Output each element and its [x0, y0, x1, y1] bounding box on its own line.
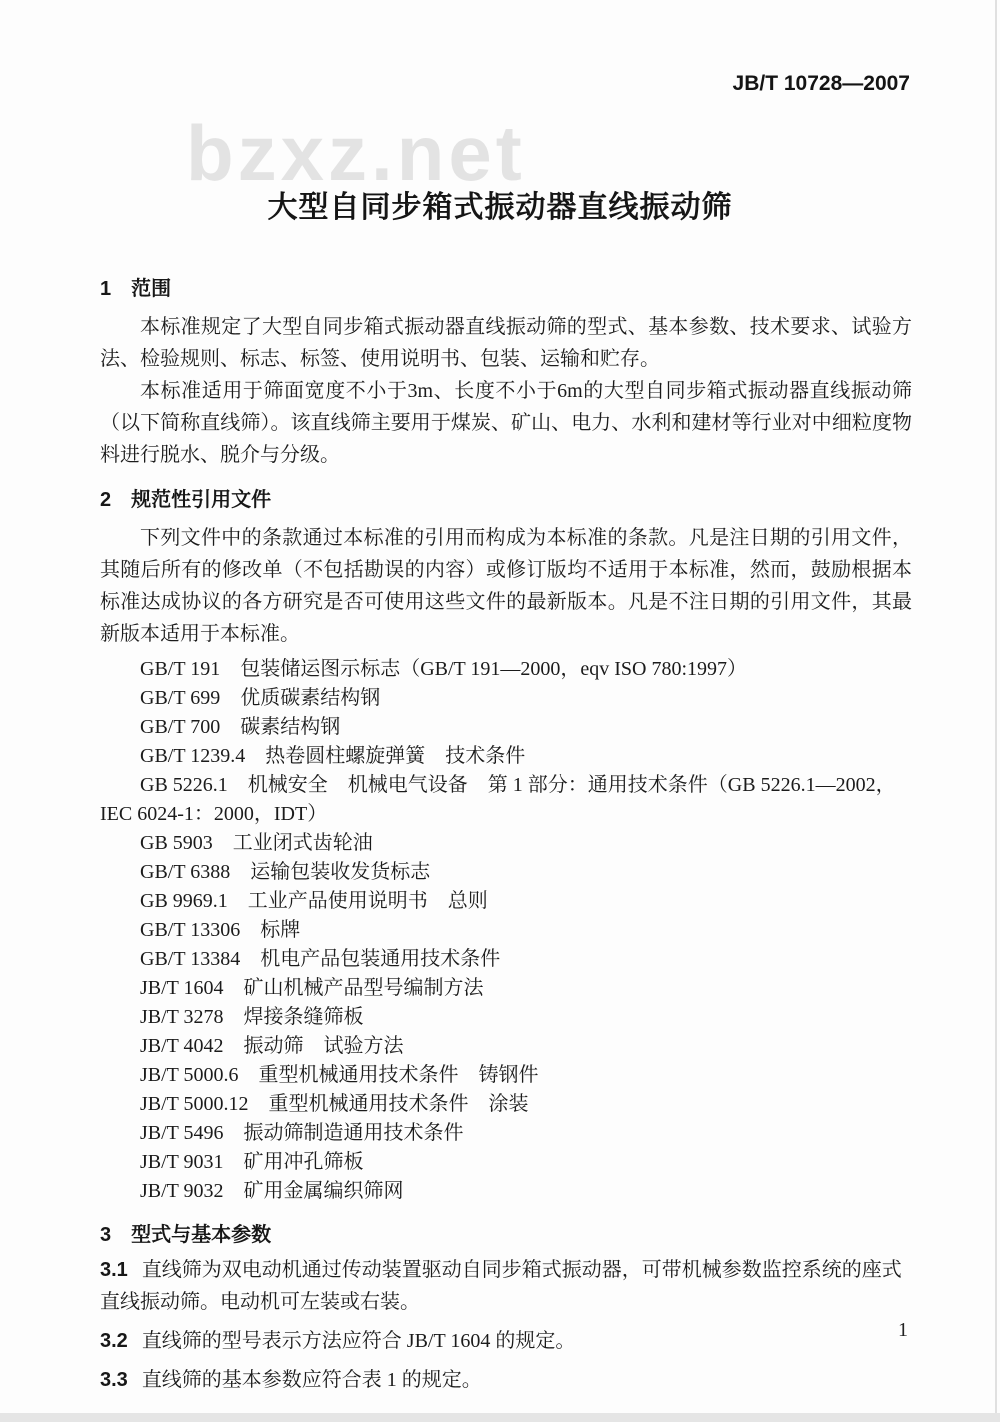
document-title: 大型自同步箱式振动器直线振动筛 [0, 182, 1000, 226]
reference-item: GB 9969.1 工业产品使用说明书 总则 [100, 887, 912, 916]
clause-number: 3.1 [100, 1259, 128, 1281]
reference-item: JB/T 9032 矿用金属编织筛网 [100, 1177, 912, 1206]
clause-3-2: 3.2直线筛的型号表示方法应符合 JB/T 1604 的规定。 [100, 1325, 912, 1357]
reference-item: GB/T 13306 标牌 [100, 916, 912, 945]
section1-paragraph-1: 本标准规定了大型自同步箱式振动器直线振动筛的型式、基本参数、技术要求、试验方法、… [100, 311, 912, 375]
reference-item: JB/T 5000.12 重型机械通用技术条件 涂装 [100, 1090, 912, 1119]
reference-item: JB/T 5496 振动筛制造通用技术条件 [100, 1119, 912, 1148]
clause-3-3: 3.3直线筛的基本参数应符合表 1 的规定。 [100, 1364, 912, 1396]
clause-3-1: 3.1直线筛为双电动机通过传动装置驱动自同步箱式振动器，可带机械参数监控系统的座… [100, 1254, 912, 1318]
reference-item: JB/T 1604 矿山机械产品型号编制方法 [100, 974, 912, 1003]
reference-item: JB/T 4042 振动筛 试验方法 [100, 1032, 912, 1061]
document-page: bzxz.net JB/T 10728—2007 大型自同步箱式振动器直线振动筛… [0, 0, 1000, 1422]
reference-item: GB/T 13384 机电产品包装通用技术条件 [100, 945, 912, 974]
reference-item: GB 5903 工业闭式齿轮油 [100, 829, 912, 858]
section1-paragraph-2: 本标准适用于筛面宽度不小于3m、长度不小于6m的大型自同步箱式振动器直线振动筛（… [100, 375, 912, 471]
clause-text: 直线筛的型号表示方法应符合 JB/T 1604 的规定。 [142, 1330, 576, 1352]
page-edge-shadow-bottom [0, 1413, 1000, 1422]
section2-intro: 下列文件中的条款通过本标准的引用而构成为本标准的条款。凡是注日期的引用文件，其随… [100, 522, 912, 650]
clause-number: 3.2 [100, 1330, 128, 1352]
reference-item: JB/T 9031 矿用冲孔筛板 [100, 1148, 912, 1177]
reference-item: GB 5226.1 机械安全 机械电气设备 第 1 部分：通用技术条件（GB 5… [100, 771, 912, 829]
clause-number: 3.3 [100, 1369, 128, 1391]
section1-heading: 1 范围 [100, 272, 1000, 301]
reference-item: GB/T 1239.4 热卷圆柱螺旋弹簧 技术条件 [100, 742, 912, 771]
clause-text: 直线筛为双电动机通过传动装置驱动自同步箱式振动器，可带机械参数监控系统的座式直线… [100, 1259, 902, 1313]
reference-item: GB/T 700 碳素结构钢 [100, 713, 912, 742]
standard-code: JB/T 10728—2007 [0, 72, 910, 96]
reference-list: GB/T 191 包装储运图示标志（GB/T 191—2000，eqv ISO … [0, 655, 1000, 1206]
reference-item: JB/T 5000.6 重型机械通用技术条件 铸钢件 [100, 1061, 912, 1090]
reference-item: JB/T 3278 焊接条缝筛板 [100, 1003, 912, 1032]
reference-item: GB/T 191 包装储运图示标志（GB/T 191—2000，eqv ISO … [100, 655, 912, 684]
reference-item: GB/T 6388 运输包装收发货标志 [100, 858, 912, 887]
section3-heading: 3 型式与基本参数 [100, 1218, 1000, 1247]
reference-item: GB/T 699 优质碳素结构钢 [100, 684, 912, 713]
clause-text: 直线筛的基本参数应符合表 1 的规定。 [142, 1369, 482, 1391]
section2-heading: 2 规范性引用文件 [100, 483, 1000, 512]
